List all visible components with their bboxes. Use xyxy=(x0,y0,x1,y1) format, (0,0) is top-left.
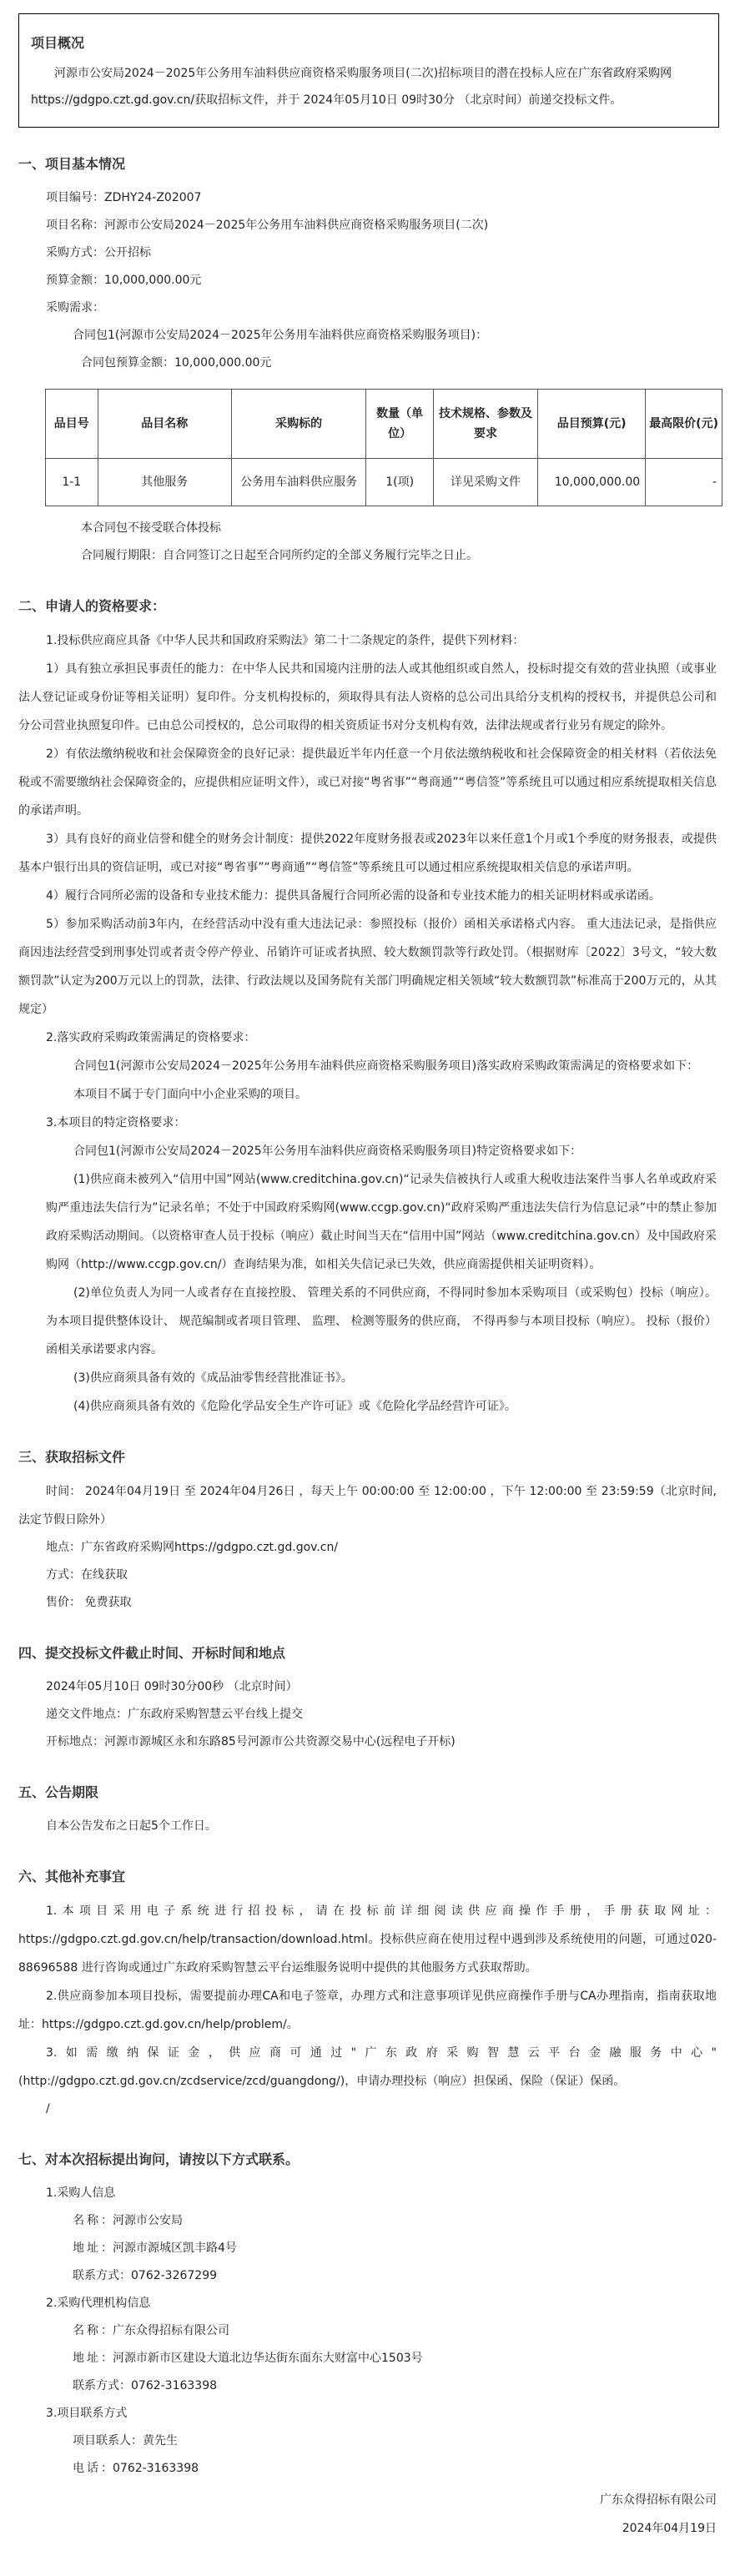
col-header: 品目号 xyxy=(46,390,98,459)
qualification-item: 2）有依法缴纳税收和社会保障资金的良好记录：提供最近半年内任意一个月依法缴纳税收… xyxy=(18,740,717,825)
supplementary-item: 3.如需缴纳保证金，供应商可通过"广东政府采购智慧云平台金融服务中心"(http… xyxy=(18,2039,717,2096)
no-consortium: 本合同包不接受联合体投标 xyxy=(18,515,717,542)
package-title: 合同包1(河源市公安局2024－2025年公务用车油料供应商资格采购服务项目)： xyxy=(18,322,717,350)
name-label: 名称： xyxy=(73,2317,113,2345)
qualification-item: 3）具有良好的商业信誉和健全的财务会计制度：提供2022年度财务报表或2023年… xyxy=(18,825,717,882)
signature-date: 2024年04月19日 xyxy=(0,2514,717,2543)
purchaser-address-value: 河源市源城区凯丰路4号 xyxy=(113,2241,237,2255)
project-contact-person: 项目联系人：黄先生 xyxy=(18,2428,717,2455)
notice-period-text: 自本公告发布之日起5个工作日。 xyxy=(18,1813,717,1840)
cell-quantity: 1(项) xyxy=(366,459,434,506)
specific-heading: 3.本项目的特定资格要求： xyxy=(18,1109,717,1137)
budget-amount: 预算金额：10,000,000.00元 xyxy=(18,267,717,294)
demand-label: 采购需求： xyxy=(18,294,717,322)
contract-period: 合同履行期限：自合同签订之日起至合同所约定的全部义务履行完毕之日止。 xyxy=(18,542,717,570)
cell-budget: 10,000,000.00 xyxy=(538,459,646,506)
policy-text: 本项目不属于专门面向中小企业采购的项目。 xyxy=(18,1080,717,1109)
col-header: 最高限价(元) xyxy=(646,390,722,459)
submission-deadline: 2024年05月10日 09时30分00秒 （北京时间） xyxy=(18,1673,717,1701)
qualification-item: 1.投标供应商应具备《中华人民共和国政府采购法》第二十二条规定的条件，提供下列材… xyxy=(18,626,717,655)
section-title: 四、提交投标文件截止时间、开标时间和地点 xyxy=(18,1643,717,1663)
obtain-time: 时间： 2024年04月19日 至 2024年04月26日 ，每天上午 00:0… xyxy=(18,1477,717,1534)
overview-text-before: 河源市公安局2024－2025年公务用车油料供应商资格采购服务项目(二次)招标项… xyxy=(54,67,578,80)
section-obtain-docs: 三、获取招标文件 时间： 2024年04月19日 至 2024年04月26日 ，… xyxy=(18,1447,717,1617)
name-label: 名称： xyxy=(73,2207,113,2235)
address-label: 地址： xyxy=(73,2345,113,2372)
project-name: 项目名称：河源市公安局2024－2025年公务用车油料供应商资格采购服务项目(二… xyxy=(18,212,717,239)
project-number: 项目编号：ZDHY24-Z02007 xyxy=(18,184,717,212)
agency-contact: 联系方式：0762-3163398 xyxy=(18,2372,717,2400)
agency-address: 地址：河源市新市区建设大道北边华达街东面东大财富中心1503号 xyxy=(18,2345,717,2372)
section-qualification: 二、申请人的资格要求： 1.投标供应商应具备《中华人民共和国政府采购法》第二十二… xyxy=(18,596,717,1421)
cell-spec: 详见采购文件 xyxy=(433,459,537,506)
cell-subject: 公务用车油料供应服务 xyxy=(231,459,365,506)
col-header: 技术规格、参数及要求 xyxy=(433,390,537,459)
phone-value: 0762-3163398 xyxy=(113,2462,199,2475)
section-supplementary: 六、其他补充事宜 1.本项目采用电子系统进行招投标，请在投标前详细阅读供应商操作… xyxy=(18,1867,717,2123)
section-contacts: 七、对本次招标提出询问，请按以下方式联系。 1.采购人信息 名称：河源市公安局 … xyxy=(18,2150,717,2483)
obtain-method: 方式：在线获取 xyxy=(18,1562,717,1589)
signature-company: 广东众得招标有限公司 xyxy=(0,2486,717,2514)
specific-item: (1)供应商未被列入“信用中国”网站(www.creditchina.gov.c… xyxy=(18,1165,717,1279)
section-title: 七、对本次招标提出询问，请按以下方式联系。 xyxy=(18,2150,717,2170)
overview-box: 项目概况 河源市公安局2024－2025年公务用车油料供应商资格采购服务项目(二… xyxy=(18,13,719,128)
purchaser-contact: 联系方式：0762-3267299 xyxy=(18,2262,717,2290)
col-header: 数量（单位） xyxy=(366,390,434,459)
agency-address-value: 河源市新市区建设大道北边华达街东面东大财富中心1503号 xyxy=(113,2352,423,2365)
specific-item: (2)单位负责人为同一人或者存在直接控股、 管理关系的不同供应商，不得同时参加本… xyxy=(18,1279,717,1364)
obtain-price: 售价： 免费获取 xyxy=(18,1589,717,1617)
purchaser-heading: 1.采购人信息 xyxy=(18,2180,717,2207)
section-notice-period: 五、公告期限 自本公告发布之日起5个工作日。 xyxy=(18,1783,717,1840)
project-contact-phone: 电话：0762-3163398 xyxy=(18,2455,717,2483)
policy-text: 合同包1(河源市公安局2024－2025年公务用车油料供应商资格采购服务项目)落… xyxy=(18,1052,717,1080)
items-table: 品目号 品目名称 采购标的 数量（单位） 技术规格、参数及要求 品目预算(元) … xyxy=(45,389,722,506)
purchaser-name: 名称：河源市公安局 xyxy=(18,2207,717,2235)
table-row: 1-1 其他服务 公务用车油料供应服务 1(项) 详见采购文件 10,000,0… xyxy=(46,459,722,506)
purchaser-name-value: 河源市公安局 xyxy=(113,2214,183,2227)
signature-block: 广东众得招标有限公司 2024年04月19日 xyxy=(0,2486,735,2543)
overview-text-after: 获取招标文件，并于 2024年05月10日 09时30分 （北京时间）前递交投标… xyxy=(194,93,622,107)
overview-title: 项目概况 xyxy=(31,33,707,52)
address-label: 地址： xyxy=(73,2235,113,2262)
agency-heading: 2.采购代理机构信息 xyxy=(18,2290,717,2317)
project-contact-heading: 3.项目联系方式 xyxy=(18,2400,717,2428)
section-basic-info: 一、项目基本情况 项目编号：ZDHY24-Z02007 项目名称：河源市公安局2… xyxy=(18,154,717,570)
table-header-row: 品目号 品目名称 采购标的 数量（单位） 技术规格、参数及要求 品目预算(元) … xyxy=(46,390,722,459)
qualification-item: 5）参加采购活动前3年内，在经营活动中没有重大违法记录：参照投标（报价）函相关承… xyxy=(18,910,717,1024)
opening-place: 开标地点：河源市源城区永和东路85号河源市公共资源交易中心(远程电子开标) xyxy=(18,1728,717,1756)
section-title: 二、申请人的资格要求： xyxy=(18,596,717,616)
specific-item: (4)供应商须具备有效的《危险化学品安全生产许可证》或《危险化学品经营许可证》。 xyxy=(18,1392,717,1421)
phone-label: 电话： xyxy=(73,2455,113,2483)
section-title: 三、获取招标文件 xyxy=(18,1447,717,1467)
procurement-method: 采购方式：公开招标 xyxy=(18,239,717,267)
supplementary-slash: / xyxy=(18,2096,717,2123)
cell-max-price: - xyxy=(646,459,722,506)
section-title: 五、公告期限 xyxy=(18,1783,717,1803)
cell-item-no: 1-1 xyxy=(46,459,98,506)
supplementary-item: 2.供应商参加本项目投标，需要提前办理CA和电子签章，办理方式和注意事项详见供应… xyxy=(18,1982,717,2039)
agency-name: 名称：广东众得招标有限公司 xyxy=(18,2317,717,2345)
qualification-item: 4）履行合同所必需的设备和专业技术能力：提供具备履行合同所必需的设备和专业技术能… xyxy=(18,882,717,910)
section-title: 六、其他补充事宜 xyxy=(18,1867,717,1887)
specific-item: (3)供应商须具备有效的《成品油零售经营批准证书》。 xyxy=(18,1364,717,1392)
overview-text: 河源市公安局2024－2025年公务用车油料供应商资格采购服务项目(二次)招标项… xyxy=(31,60,707,113)
col-header: 品目名称 xyxy=(98,390,231,459)
agency-name-value: 广东众得招标有限公司 xyxy=(113,2324,229,2337)
section-title: 一、项目基本情况 xyxy=(18,154,717,174)
policy-heading: 2.落实政府采购政策需满足的资格要求： xyxy=(18,1024,717,1052)
submission-place: 递交文件地点：广东政府采购智慧云平台线上提交 xyxy=(18,1701,717,1728)
purchaser-address: 地址：河源市源城区凯丰路4号 xyxy=(18,2235,717,2262)
col-header: 品目预算(元) xyxy=(538,390,646,459)
obtain-place: 地点：广东省政府采购网https://gdgpo.czt.gd.gov.cn/ xyxy=(18,1534,717,1562)
col-header: 采购标的 xyxy=(231,390,365,459)
package-budget: 合同包预算金额：10,000,000.00元 xyxy=(18,350,717,377)
cell-item-name: 其他服务 xyxy=(98,459,231,506)
announcement-page: 项目概况 河源市公安局2024－2025年公务用车油料供应商资格采购服务项目(二… xyxy=(0,13,735,2576)
supplementary-item: 1.本项目采用电子系统进行招投标，请在投标前详细阅读供应商操作手册，手册获取网址… xyxy=(18,1897,717,1982)
specific-item: 合同包1(河源市公安局2024－2025年公务用车油料供应商资格采购服务项目)特… xyxy=(18,1137,717,1165)
qualification-item: 1）具有独立承担民事责任的能力：在中华人民共和国境内注册的法人或其他组织或自然人… xyxy=(18,655,717,740)
section-deadline: 四、提交投标文件截止时间、开标时间和地点 2024年05月10日 09时30分0… xyxy=(18,1643,717,1756)
